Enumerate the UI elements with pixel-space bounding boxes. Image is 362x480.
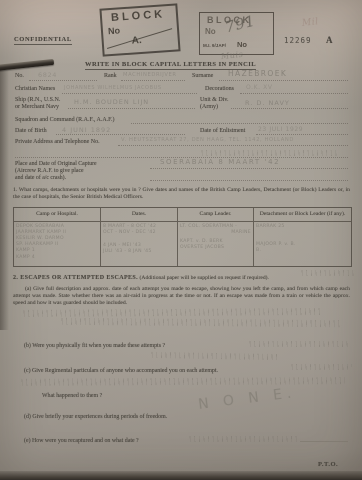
- table-row: JULI '43 - 8 JAN '45: [103, 249, 175, 255]
- table-row: KAMP 4: [16, 255, 98, 261]
- section-2e: (e) How were you recaptured and on what …: [24, 438, 139, 445]
- table-cell-dates: 8 MAART - 8 OCT '42 OCT - NOV - DEC '42 …: [101, 222, 178, 266]
- field-christian-label: Christian Names: [15, 86, 55, 93]
- table-row: OVERSTE JACOBS: [180, 245, 251, 251]
- field-surname-label: Surname: [192, 73, 213, 80]
- field-unit-label2: (Army): [200, 104, 218, 111]
- field-ship-line: [68, 108, 195, 109]
- section-2c: (c) Give Regimental particulars of anyon…: [24, 368, 218, 375]
- table-header-leader: Camp Leader.: [178, 208, 254, 222]
- table-row: BARRAK 25: [256, 224, 349, 230]
- field-address-label: Private Address and Telephone No.: [15, 139, 100, 146]
- pencil-scribble: [200, 150, 340, 156]
- field-unit-label: Unit & Div.: [200, 97, 228, 104]
- reference-number: 12269: [284, 36, 312, 45]
- field-unit-line: [231, 108, 348, 109]
- section-2d: (d) Give briefly your experiences during…: [24, 414, 167, 421]
- section-2a: (a) Give full description and approx. da…: [13, 286, 350, 307]
- pencil-scribble: [290, 364, 352, 370]
- stamp-b-dept-no: No: [237, 40, 247, 49]
- table-cell-leader: LT. COL. SOERATMAN - MARINE KAPT. v. D. …: [178, 222, 254, 266]
- field-capture-label3: and date of a/c crash).: [15, 175, 66, 182]
- field-capture-value: SOERABAIA 8 MAART '42: [160, 158, 280, 166]
- section-2-title: 2. ESCAPES OR ATTEMPTED ESCAPES. (Additi…: [13, 275, 353, 282]
- table-row: B.: [256, 248, 349, 254]
- stamp-b-dept: M.I. 9/JAP/: [203, 43, 226, 48]
- field-enlist-label: Date of Enlistment: [200, 128, 245, 135]
- none-answer: N O N E.: [197, 385, 297, 413]
- field-christian-value: JOHANNES WILHELMUS JACOBUS: [64, 85, 162, 91]
- field-no-label: No.: [15, 73, 24, 80]
- field-squadron-line: [131, 123, 348, 124]
- field-enlist-line: [256, 134, 348, 135]
- field-capture-label2: (Aircrew R.A.F. to give place: [15, 168, 84, 175]
- stamp-b-no: No: [205, 27, 216, 36]
- field-squadron-label: Squadron and Command (R.A.F., A.A.F.): [15, 117, 115, 124]
- stamp-a-word: BLOCK: [111, 8, 166, 24]
- camps-table: Camp or Hospital. Dates. Camp Leader. De…: [13, 207, 352, 267]
- field-ship-label2: or Merchant Navy: [15, 104, 59, 111]
- block-791-stamp: BLOCK No 791 M.I. 9/JAP/ No: [199, 12, 274, 55]
- field-dob-line: [56, 134, 185, 135]
- table-header-detachment: Detachment or Block Leader (if any).: [254, 208, 351, 222]
- field-rank-label: Rank: [104, 73, 117, 80]
- field-unit-value: R. D. NAVY: [245, 99, 290, 107]
- table-cell-detachment: BARRAK 25 MAJOOR P. v. B. B.: [254, 222, 351, 266]
- stamp-signature: Muis: [221, 50, 244, 61]
- table-row: OCT - NOV - DEC '42: [103, 230, 175, 236]
- table-row: MARINE: [180, 230, 251, 236]
- section-2-title-main: 2. ESCAPES OR ATTEMPTED ESCAPES.: [13, 275, 138, 281]
- table-header-dates: Dates.: [101, 208, 178, 222]
- field-no-line: [29, 80, 97, 81]
- field-address-line: [118, 145, 348, 146]
- section-2b: (b) Were you physically fit when you mad…: [24, 343, 165, 350]
- field-no-value: 6824: [38, 71, 57, 79]
- field-christian-line: [62, 93, 197, 94]
- field-dob-label: Date of Birth: [15, 128, 47, 135]
- pencil-scribble: [150, 352, 280, 360]
- confidential-label: CONFIDENTIAL: [14, 36, 72, 45]
- field-capture-line2: [150, 180, 348, 181]
- pencil-dash-stroke: [300, 441, 348, 442]
- field-decorations-value: O.K. XV: [246, 84, 273, 91]
- block-a-stamp: BLOCK No A.: [99, 3, 180, 56]
- table-header-camp: Camp or Hospital.: [14, 208, 101, 222]
- stamp-a-letter: A.: [131, 35, 142, 47]
- field-ship-value: H.M. BOUDEN LIJN: [74, 98, 149, 106]
- field-ship-label: Ship (R.N., U.S.N.: [15, 97, 60, 104]
- reference-letter: A: [326, 35, 333, 45]
- section-2c-what-happened: What happened to them ?: [42, 393, 102, 400]
- staple: [0, 59, 54, 71]
- field-surname-value: HAZEBROEK: [228, 69, 287, 78]
- field-decorations-label: Decorations: [205, 86, 234, 93]
- pencil-scribble: [188, 436, 298, 442]
- field-address-value: V. HEUTSZSTRAAT 27, DEN HAAG, TEL. 1142,…: [121, 137, 294, 143]
- pencil-scribble: [22, 308, 322, 317]
- field-decorations-line: [240, 93, 348, 94]
- pencil-scribble: [20, 377, 345, 386]
- pencil-scribble: [248, 341, 348, 347]
- field-rank-value: MACHINEDRIJVER: [123, 72, 177, 78]
- question-1: 1. What camps, detachments or hospitals …: [13, 187, 350, 201]
- field-dob-value: 4 JUNI 1892: [62, 126, 111, 134]
- field-rank-line: [121, 80, 185, 81]
- stamp-a-no: No: [108, 25, 121, 36]
- field-capture-line: [150, 168, 348, 169]
- field-enlist-value: 23 JULI 1929: [258, 126, 303, 133]
- scanned-pow-form: CONFIDENTIAL BLOCK No A. BLOCK No 791 M.…: [0, 0, 362, 480]
- pencil-scribble: [60, 318, 340, 327]
- corner-pencil-note: Mil: [302, 17, 320, 29]
- field-surname-line: [219, 80, 348, 81]
- section-2-title-paren: (Additional paper will be supplied on re…: [140, 275, 269, 281]
- table-cell-camp: DEPOK SOERABAIA JAARMARKT KAMP II KESILI…: [14, 222, 101, 266]
- field-capture-label: Place and Date of Original Capture: [15, 161, 97, 168]
- pto-label: P.T.O.: [318, 461, 338, 468]
